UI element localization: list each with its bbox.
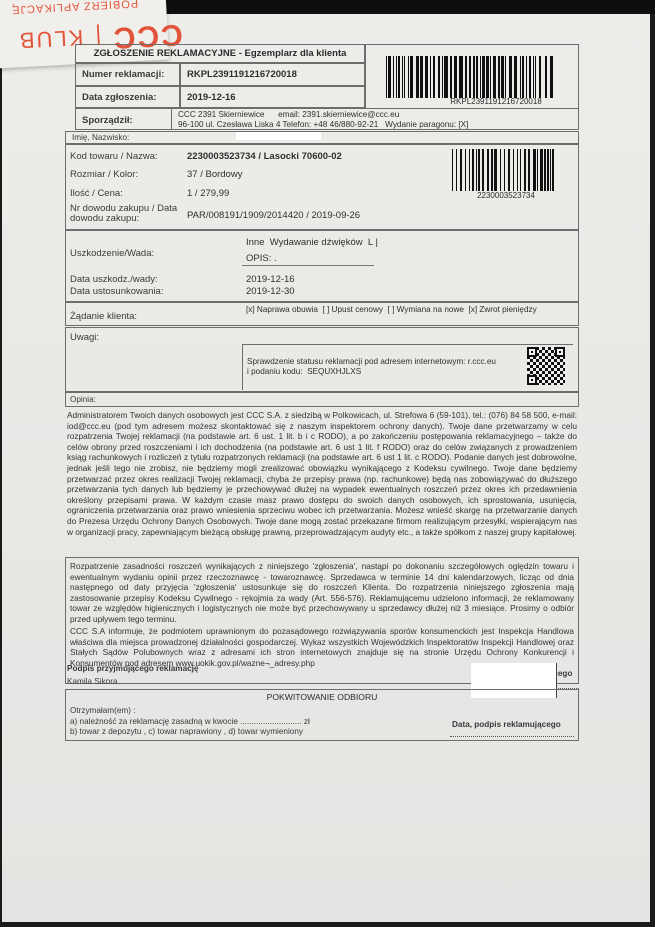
claim-number-cell: RKPL2391191216720018 bbox=[180, 63, 365, 86]
receipt-confirmation-box: POKWITOWANIE ODBIORU Otrzymałam(em) : a)… bbox=[65, 689, 579, 741]
store-line-2: 96-100 ul. Czesława Liska 4 Telefon: +48… bbox=[178, 120, 468, 129]
claim-barcode-box: RKPL2391191216720018 bbox=[365, 44, 579, 109]
defect-value: Inne Wydawanie dźwięków L | bbox=[246, 237, 378, 248]
defect-label: Uszkodzenie/Wada: bbox=[70, 248, 154, 259]
claim-number-label-cell: Numer reklamacji: bbox=[75, 63, 180, 86]
defect-block: Uszkodzenie/Wada: Inne Wydawanie dźwiękó… bbox=[65, 230, 579, 302]
qty-price-label: Ilość / Cena: bbox=[70, 188, 123, 199]
product-block: Kod towaru / Nazwa: 2230003523734 / Laso… bbox=[65, 144, 579, 230]
receiver-name: Kamila Sikora bbox=[67, 677, 118, 686]
privacy-notice: Administratorem Twoich danych osobowych … bbox=[67, 410, 577, 537]
product-barcode bbox=[452, 149, 556, 191]
description-field: OPIS: . bbox=[242, 251, 374, 266]
customer-name-label: Imię, Nazwisko: bbox=[72, 133, 129, 142]
store-line-1: CCC 2391 Skierniewice email: 2391.skiern… bbox=[178, 110, 399, 119]
claimant-signature-field bbox=[450, 736, 574, 737]
submission-date-label-cell: Data zgłoszenia: bbox=[75, 86, 180, 108]
submission-date-cell: 2019-12-16 bbox=[180, 86, 365, 108]
receipt-number: PAR/008191/1909/2014420 / 2019-09-26 bbox=[187, 210, 360, 221]
receiver-signature-label: Podpis przyjmującego reklamację bbox=[67, 664, 199, 673]
flyer-app-text: POBIERZ APLIKACJĘ bbox=[11, 0, 139, 16]
response-date-label: Data ustosunkowania: bbox=[70, 286, 163, 297]
defect-date: 2019-12-16 bbox=[246, 274, 295, 285]
product-code: 2230003523734 / Lasocki 70600-02 bbox=[187, 151, 342, 162]
received-line-b: b) towar z depozytu , c) towar naprawion… bbox=[70, 727, 303, 736]
qr-code[interactable] bbox=[527, 347, 565, 385]
claimant-signature-label: Data, podpis reklamującego bbox=[452, 720, 561, 729]
background-shadow bbox=[129, 0, 655, 14]
redacted-name bbox=[236, 132, 321, 140]
customer-name-row: Imię, Nazwisko: bbox=[65, 131, 579, 144]
receipt-title: POKWITOWANIE ODBIORU bbox=[66, 692, 578, 702]
claim-number: RKPL2391191216720018 bbox=[187, 69, 297, 80]
opinion-row: Opinia: bbox=[65, 392, 579, 407]
receipt-label: Nr dowodu zakupu / Data dowodu zakupu: bbox=[70, 204, 180, 224]
flyer-club: KLUB bbox=[17, 25, 84, 53]
received-line-a: a) należność za reklamację zasadną w kwo… bbox=[70, 717, 310, 726]
prepared-by-label: Sporządził: bbox=[82, 115, 133, 126]
terms-text-1: Rozpatrzenie zasadności roszczeń wynikaj… bbox=[70, 561, 574, 625]
status-line-2: i podaniu kodu: SEQUXHJLXS bbox=[247, 367, 361, 376]
response-date: 2019-12-30 bbox=[246, 286, 295, 297]
submission-date-label: Data zgłoszenia: bbox=[82, 92, 156, 103]
product-barcode-text: 2230003523734 bbox=[451, 191, 561, 200]
qty-price: 1 / 279,99 bbox=[187, 188, 229, 199]
remarks-block: Uwagi: Sprawdzenie statusu reklamacji po… bbox=[65, 327, 579, 392]
prepared-by-row: Sporządził: CCC 2391 Skierniewice email:… bbox=[75, 108, 579, 130]
customer-request-label: Żądanie klienta: bbox=[70, 311, 137, 322]
claim-barcode-text: RKPL2391191216720018 bbox=[416, 97, 576, 106]
customer-request: [x] Naprawa obuwia [ ] Upust cenowy [ ] … bbox=[246, 305, 537, 314]
status-check-box: Sprawdzenie statusu reklamacji pod adres… bbox=[242, 344, 573, 390]
size-color-label: Rozmiar / Kolor: bbox=[70, 169, 138, 180]
claim-barcode bbox=[386, 56, 556, 98]
description-value: OPIS: . bbox=[246, 253, 277, 264]
submission-date: 2019-12-16 bbox=[187, 92, 236, 103]
document-page: POBIERZ APLIKACJĘ CCC | KLUB ZGŁOSZENIE … bbox=[2, 0, 650, 922]
defect-date-label: Data uszkodz./wady: bbox=[70, 274, 158, 285]
customer-request-row: Żądanie klienta: [x] Naprawa obuwia [ ] … bbox=[65, 302, 579, 326]
claim-number-label: Numer reklamacji: bbox=[82, 69, 164, 80]
received-label: Otrzymałam(em) : bbox=[70, 706, 136, 715]
product-code-label: Kod towaru / Nazwa: bbox=[70, 151, 158, 162]
remarks-label: Uwagi: bbox=[70, 332, 99, 343]
status-line-1: Sprawdzenie statusu reklamacji pod adres… bbox=[247, 357, 496, 366]
size-color: 37 / Bordowy bbox=[187, 169, 242, 180]
opinion-label: Opinia: bbox=[70, 395, 96, 404]
form-title: ZGŁOSZENIE REKLAMACYJNE - Egzemplarz dla… bbox=[75, 44, 365, 63]
